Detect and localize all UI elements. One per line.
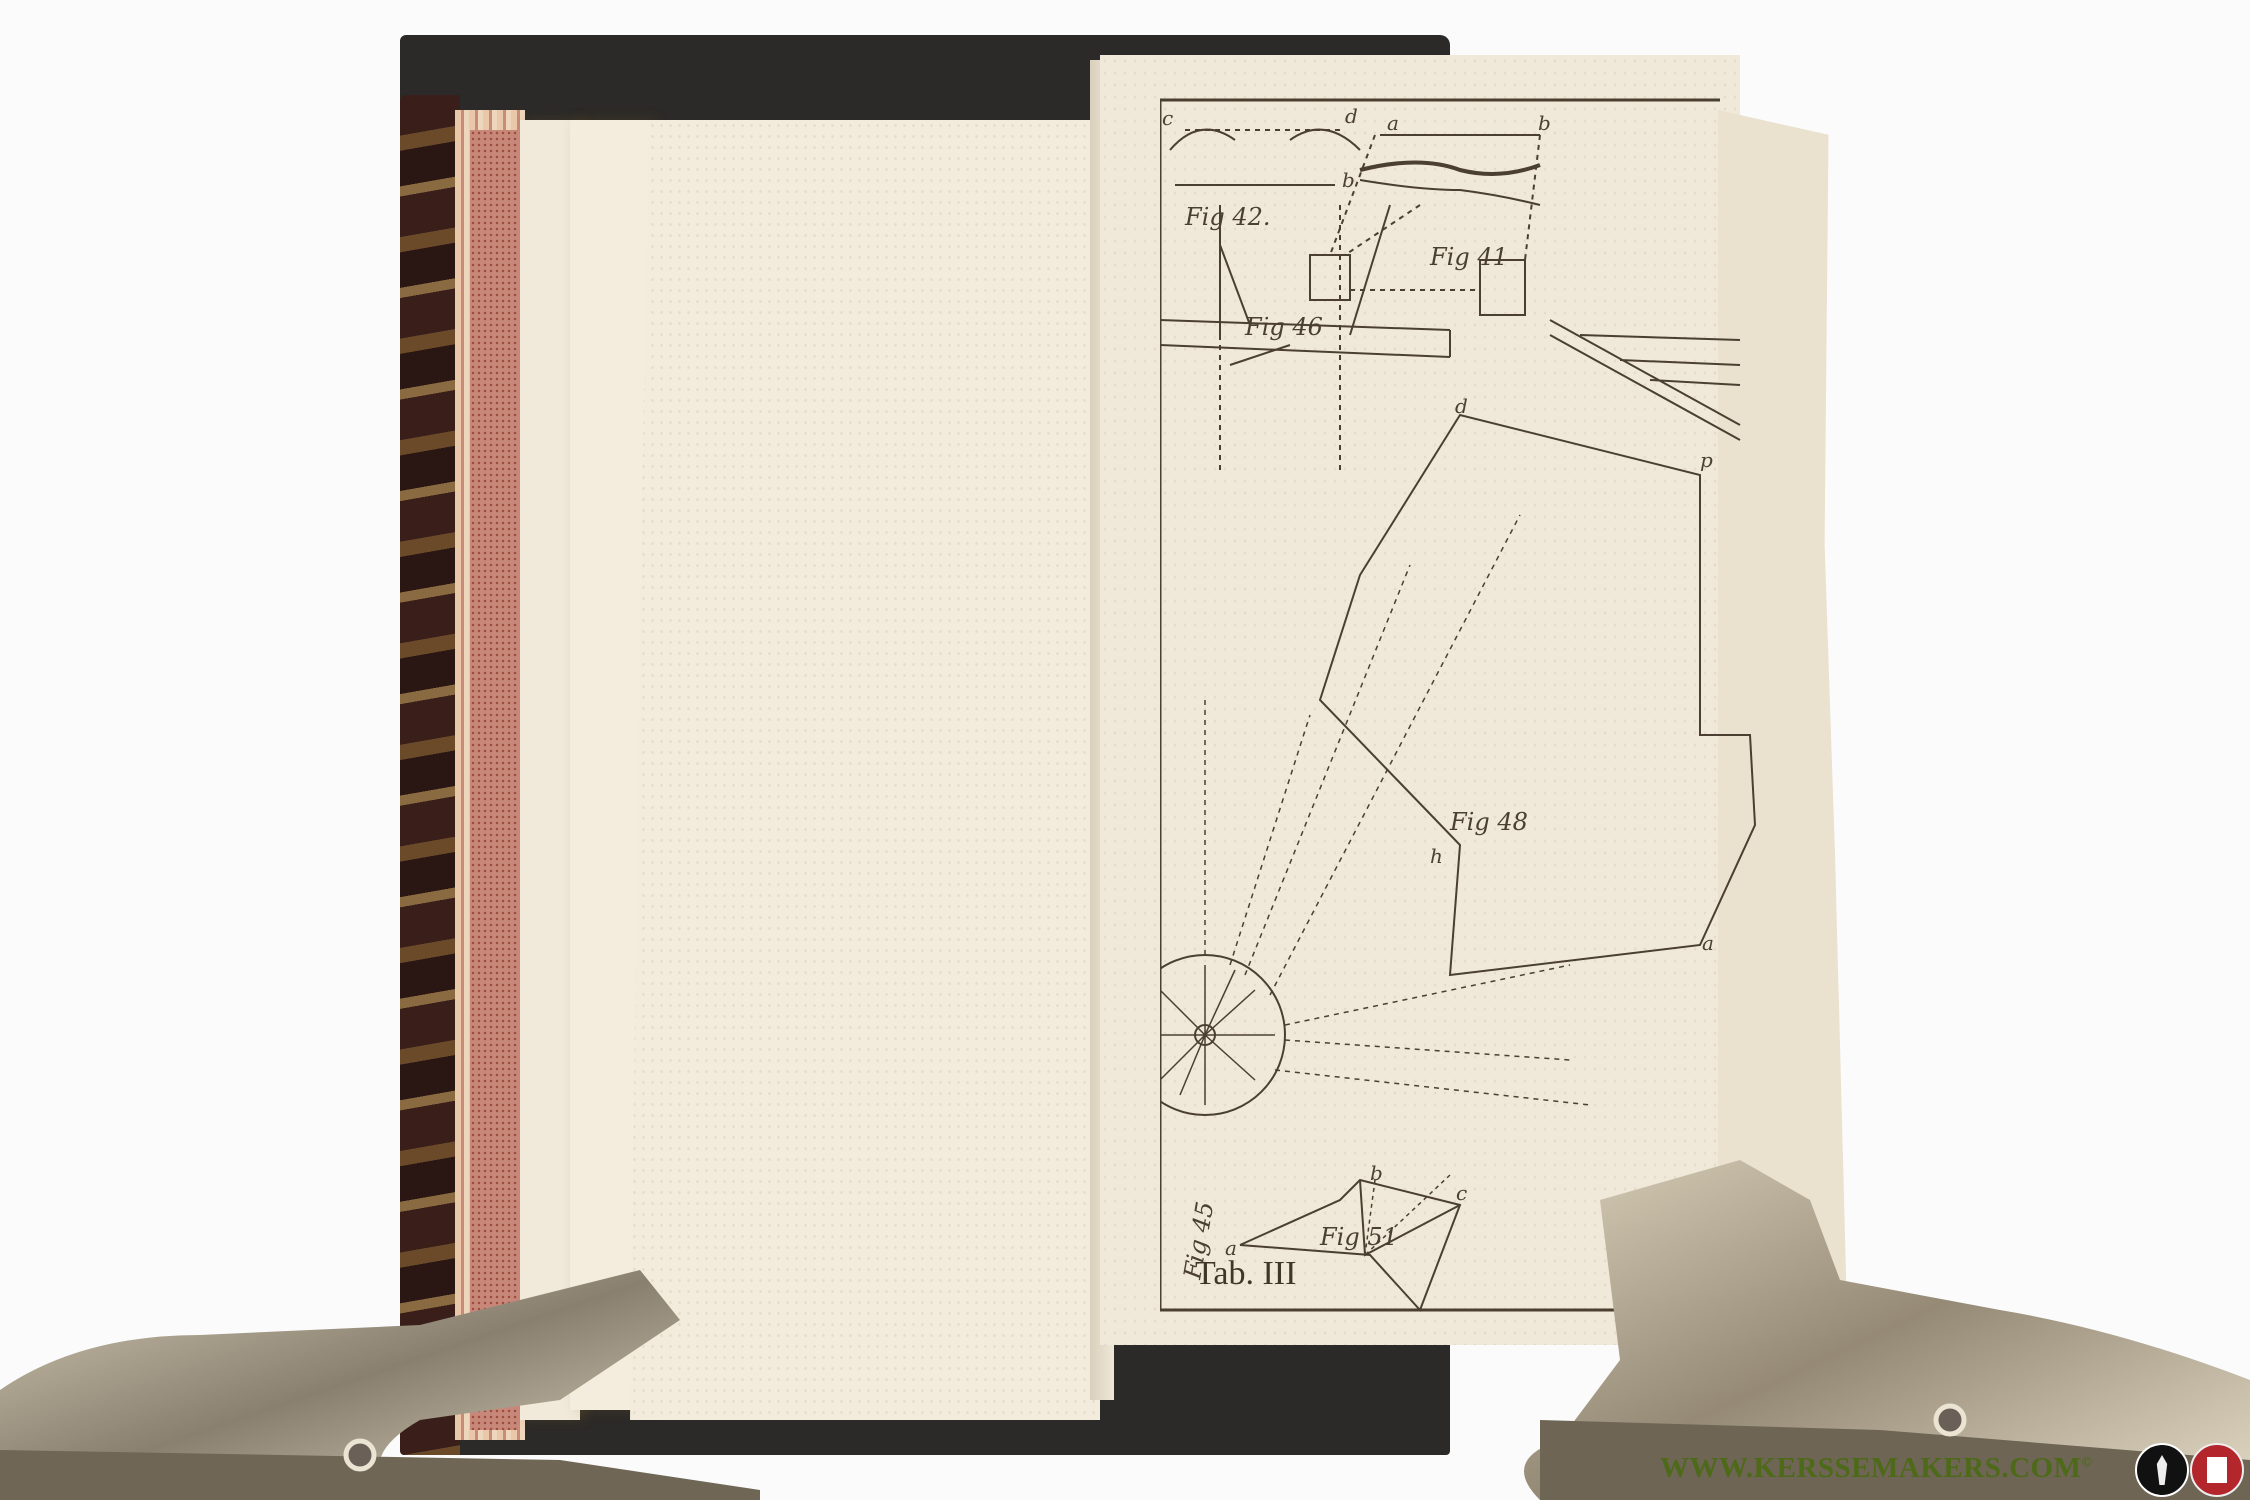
photo-scene: Fig 42. Fig 41 Fig 46 Fig 48 Fig 45 Fig …: [0, 0, 2250, 1500]
svg-text:b: b: [1342, 168, 1355, 192]
silver-hand-clip-left: [0, 1240, 760, 1500]
svg-text:Fig 46: Fig 46: [1244, 313, 1323, 341]
watermark: WWW.KERSSEMAKERS.COM©: [1660, 1452, 2092, 1485]
red-sprinkled-edge: [470, 130, 518, 1430]
svg-text:Fig 42.: Fig 42.: [1184, 203, 1271, 231]
svg-text:a: a: [1387, 111, 1399, 135]
plate-table-label: Tab. III: [1195, 1255, 1296, 1293]
svg-text:p: p: [1700, 448, 1713, 472]
silver-hand-clip-right: [1480, 1160, 2250, 1500]
amor-librorum-badge-icon: [2190, 1443, 2244, 1497]
copyright-symbol: ©: [2081, 1455, 2092, 1470]
svg-text:c: c: [1456, 1181, 1467, 1205]
watermark-text: WWW.KERSSEMAKERS.COM: [1660, 1452, 2081, 1484]
engraved-plate-drawing: Fig 42. Fig 41 Fig 46 Fig 48 Fig 45 Fig …: [1160, 95, 1780, 1325]
svg-text:Fig 51: Fig 51: [1319, 1223, 1398, 1251]
svg-text:c: c: [1162, 106, 1173, 130]
svg-text:h: h: [1430, 844, 1443, 868]
svg-text:a: a: [1702, 931, 1714, 955]
svg-text:Fig 48: Fig 48: [1449, 808, 1528, 836]
svg-text:b: b: [1370, 1161, 1383, 1185]
antiquarian-association-badge-icon: [2135, 1443, 2189, 1497]
blank-left-page: [630, 120, 1100, 1420]
svg-text:d: d: [1345, 104, 1358, 128]
svg-text:Fig 41: Fig 41: [1429, 243, 1508, 271]
svg-text:d: d: [1455, 394, 1468, 418]
svg-text:b: b: [1538, 111, 1551, 135]
